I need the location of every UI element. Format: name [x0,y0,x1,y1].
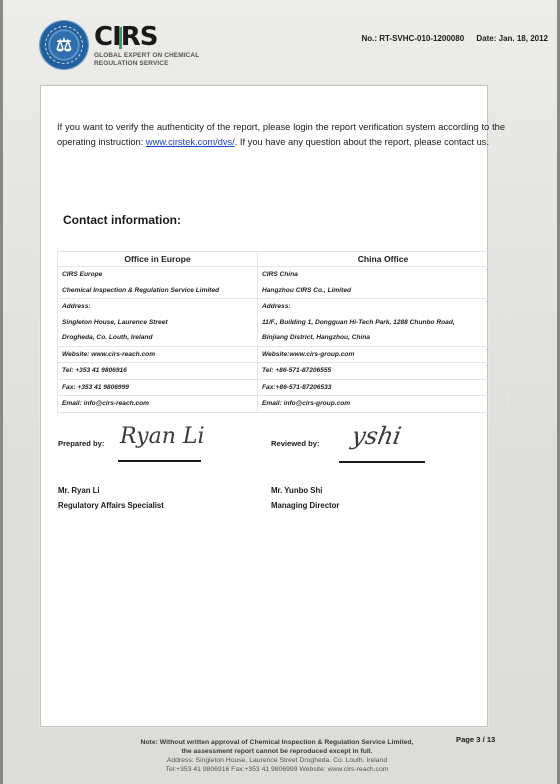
intro-text-2: . If you have any question about the rep… [235,137,489,147]
china-address-line-1: 11/F., Building 1, Dongguan Hi-Tech Park… [262,315,504,331]
footer-contact: Tel:+353 41 9806916 Fax:+353 41 9806999 … [112,765,442,774]
report-number: No.: RT-SVHC-010-1200080 [361,34,464,43]
europe-website: Website: www.cirs-reach.com [58,346,258,363]
footer-address: Address: Singleton House. Laurence Stree… [112,756,442,765]
table-row: Tel: +353 41 9806916 Tel: +86-571-872065… [58,363,509,380]
col-header-europe: Office in Europe [58,252,258,267]
europe-company: CIRS Europe [62,267,253,283]
china-company-cell: CIRS China Hangzhou CIRS Co., Limited [258,267,509,299]
footer-note: Note: Without written approval of Chemic… [112,738,442,756]
china-website: Website:www.cirs-group.com [258,346,509,363]
prepared-by-label: Prepared by: [58,439,104,448]
reviewed-signature-line [339,461,425,463]
report-date: Date: Jan. 18, 2012 [476,34,548,43]
contact-heading: Contact information: [63,213,181,227]
europe-fax: Fax: +353 41 9806999 [58,379,258,396]
brand-accent-bar [119,27,122,49]
china-address-cell: Address: 11/F., Building 1, Dongguan Hi-… [258,299,509,347]
china-address-line-2: Binjiang District, Hangzhou, China [262,330,504,346]
table-row: CIRS Europe Chemical Inspection & Regula… [58,267,509,299]
table-row: Email: info@cirs-reach.com Email: info@c… [58,396,509,413]
reviewed-role: Managing Director [271,501,339,510]
reviewed-name: Mr. Yunbo Shi [271,486,322,495]
verification-link[interactable]: www.cirstek.com/dvs/ [146,137,235,147]
prepared-signature: Ryan Li [120,424,205,449]
contact-table: Office in Europe China Office CIRS Europ… [57,251,509,413]
verification-paragraph: If you want to verify the authenticity o… [57,120,505,149]
china-tel: Tel: +86-571-87206555 [258,363,509,380]
china-email: Email: info@cirs-group.com [258,396,509,413]
contact-table-header: Office in Europe China Office [58,252,509,267]
europe-address-label: Address: [62,299,253,315]
europe-company-full: Chemical Inspection & Regulation Service… [62,283,253,299]
scales-of-justice-icon: ⚖ [40,21,88,69]
cirs-seal-logo: ⚖ [40,21,88,69]
prepared-signature-line [118,460,201,462]
europe-company-cell: CIRS Europe Chemical Inspection & Regula… [58,267,258,299]
table-row: Fax: +353 41 9806999 Fax:+86-571-8720653… [58,379,509,396]
footer-note-line-2: the assessment report cannot be reproduc… [112,747,442,756]
tagline-line-1: GLOBAL EXPERT ON CHEMICAL [94,52,199,60]
reviewed-by-label: Reviewed by: [271,439,320,448]
prepared-name: Mr. Ryan Li [58,486,100,495]
europe-email: Email: info@cirs-reach.com [58,396,258,413]
reviewed-signature: yshi [350,422,404,450]
table-row: Website: www.cirs-reach.com Website:www.… [58,346,509,363]
europe-address-line-2: Drogheda, Co. Louth, Ireland [62,330,253,346]
china-fax: Fax:+86-571-87206533 [258,379,509,396]
footer-note-line-1: Note: Without written approval of Chemic… [112,738,442,747]
tagline-line-2: REGULATION SERVICE [94,60,199,68]
europe-tel: Tel: +353 41 9806916 [58,363,258,380]
europe-address-cell: Address: Singleton House, Laurence Stree… [58,299,258,347]
table-row: Address: Singleton House, Laurence Stree… [58,299,509,347]
brand-tagline: GLOBAL EXPERT ON CHEMICAL REGULATION SER… [94,52,199,68]
footer-address-block: Address: Singleton House. Laurence Stree… [112,756,442,774]
page-number: Page 3 / 13 [456,735,495,744]
china-address-label: Address: [262,299,504,315]
report-header-info: No.: RT-SVHC-010-1200080 Date: Jan. 18, … [361,34,548,43]
china-company-full: Hangzhou CIRS Co., Limited [262,283,504,299]
europe-address-line-1: Singleton House, Laurence Street [62,315,253,331]
col-header-china: China Office [258,252,509,267]
brand-logo: CIRS [94,24,158,50]
viewer-frame-left [0,0,3,784]
china-company: CIRS China [262,267,504,283]
prepared-role: Regulatory Affairs Specialist [58,501,164,510]
brand-name: CIRS [94,22,158,52]
